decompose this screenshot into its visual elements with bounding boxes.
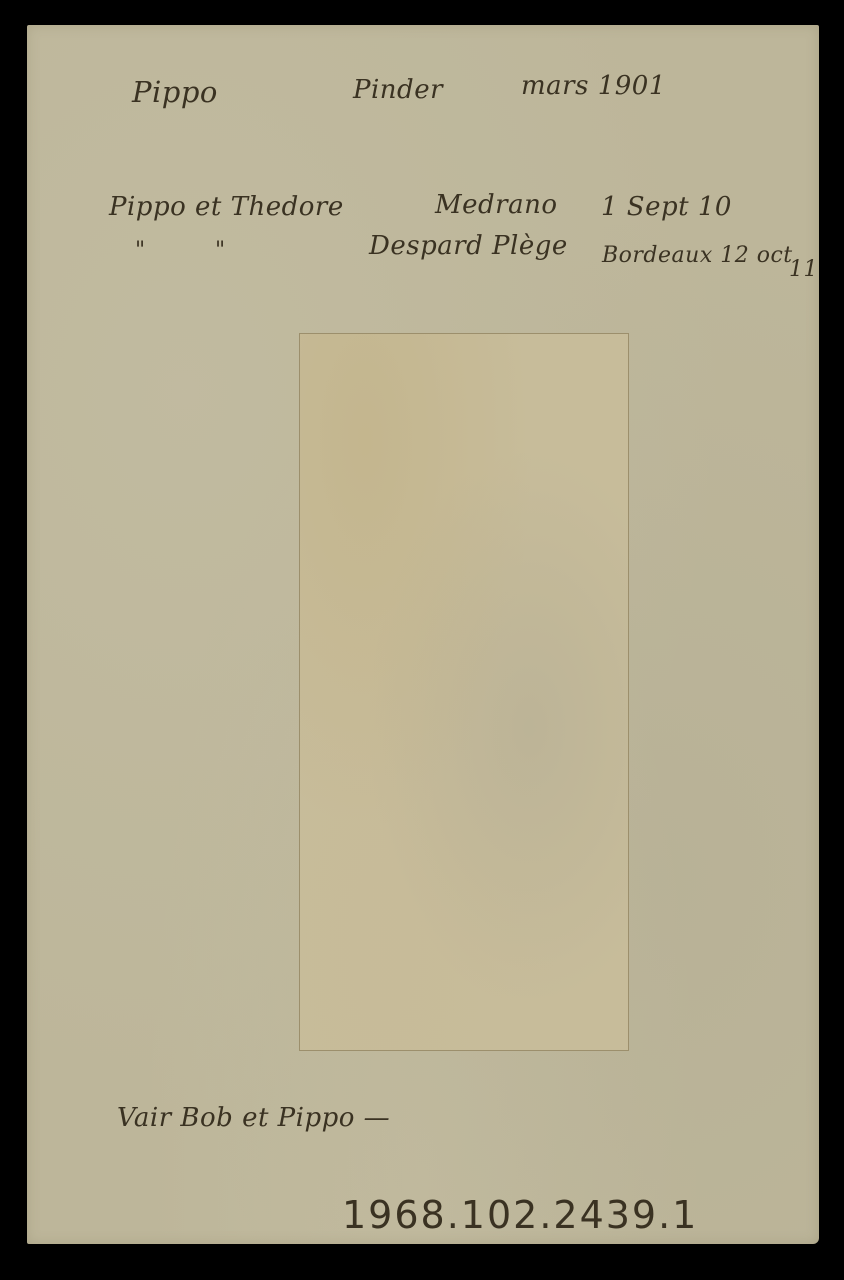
inscription-ditto-1: " [135,238,146,263]
mount-window-cutout [299,333,629,1051]
inscription-note: Vair Bob et Pippo — [117,1103,390,1133]
inscription-date-1901: mars 1901 [521,71,666,101]
inscription-pippo-et-thedore: Pippo et Thedore [109,192,344,222]
inscription-pippo: Pippo [132,75,218,109]
inscription-pinder: Pinder [353,75,443,105]
accession-number: 1968.102.2439.1 [342,1193,698,1237]
inscription-year-11: 11 [789,257,818,282]
inscription-despard-plege: Despard Plège [369,231,568,261]
inscription-ditto-2: " [215,238,226,263]
inscription-date-sept-10: 1 Sept 10 [601,192,732,222]
mount-card-back: Pippo Pinder mars 1901 Pippo et Thedore … [27,25,819,1244]
inscription-bordeaux-date: Bordeaux 12 oct [602,243,793,268]
inscription-medrano: Medrano [435,190,557,220]
